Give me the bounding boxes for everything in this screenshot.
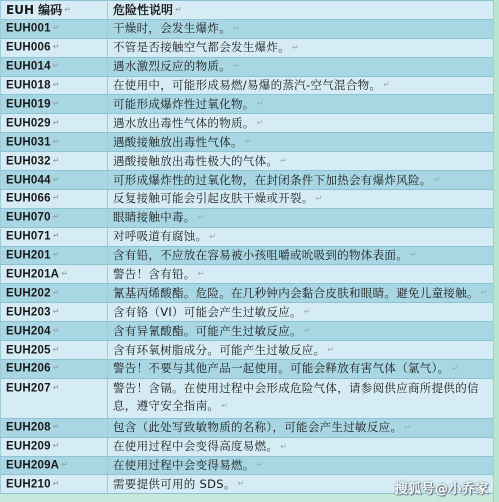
paragraph-mark-icon: ↵ xyxy=(53,441,60,450)
page-margin-strip xyxy=(493,0,499,502)
paragraph-mark-icon: ↵ xyxy=(53,250,60,259)
paragraph-mark-icon: ↵ xyxy=(304,326,311,335)
table-row: EUH006↵ 不管是否接触空气都会发生爆炸。↵ xyxy=(1,38,495,57)
paragraph-mark-icon: ↵ xyxy=(209,232,216,241)
cell-code: EUH210↵ xyxy=(1,475,108,494)
header-description: 危险性说明↵ xyxy=(108,1,495,20)
paragraph-mark-icon: ↵ xyxy=(53,137,60,146)
table-row: EUH209A↵ 在使用过程中会变得易燃。↵ xyxy=(1,456,495,475)
table-row: EUH044↵ 可形成爆炸性的过氧化物，在封闭条件下加热会有爆炸风险。↵ xyxy=(1,171,495,190)
paragraph-mark-icon: ↵ xyxy=(53,231,60,240)
paragraph-mark-icon: ↵ xyxy=(53,99,60,108)
euh-hazard-table: EUH 编码↵ 危险性说明↵ EUH001↵ 干燥时，会发生爆炸。↵ EUH00… xyxy=(0,0,495,494)
table-row: EUH201↵ 含有铅，不应放在容易被小孩咀嚼或吮吸到的物体表面。↵ xyxy=(1,246,495,265)
paragraph-mark-icon: ↵ xyxy=(53,175,60,184)
cell-code: EUH207↵ xyxy=(1,378,108,418)
table-row: EUH208↵ 包含（此处写致敏物质的名称），可能会产生过敏反应。↵ xyxy=(1,418,495,437)
cell-code: EUH206↵ xyxy=(1,359,108,378)
paragraph-mark-icon: ↵ xyxy=(175,5,182,14)
cell-code: EUH202↵ xyxy=(1,284,108,303)
cell-code: EUH071↵ xyxy=(1,227,108,246)
paragraph-mark-icon: ↵ xyxy=(383,80,390,89)
paragraph-mark-icon: ↵ xyxy=(53,80,60,89)
cell-code: EUH006↵ xyxy=(1,38,108,57)
paragraph-mark-icon: ↵ xyxy=(53,23,60,32)
paragraph-mark-icon: ↵ xyxy=(53,156,60,165)
table-row: EUH001↵ 干燥时，会发生爆炸。↵ xyxy=(1,19,495,38)
table-row: EUH203↵ 含有铬（VI）可能会产生过敏反应。↵ xyxy=(1,303,495,322)
paragraph-mark-icon: ↵ xyxy=(221,401,228,410)
cell-description: 氰基丙烯酸酯。危险。在几秒钟内会黏合皮肤和眼睛。避免儿童接触。↵ xyxy=(108,284,495,303)
paragraph-mark-icon: ↵ xyxy=(233,61,240,70)
paragraph-mark-icon: ↵ xyxy=(233,24,240,33)
cell-description: 包含（此处写致敏物质的名称），可能会产生过敏反应。↵ xyxy=(108,418,495,437)
paragraph-mark-icon: ↵ xyxy=(53,363,60,372)
cell-description: 含有铬（VI）可能会产生过敏反应。↵ xyxy=(108,303,495,322)
cell-description: 眼睛接触中毒。↵ xyxy=(108,208,495,227)
table-row: EUH205↵ 含有环氧树脂成分。可能产生过敏反应。↵ xyxy=(1,341,495,360)
cell-description: 遇水放出毒性气体的物质。↵ xyxy=(108,114,495,133)
paragraph-mark-icon: ↵ xyxy=(61,460,68,469)
cell-description: 可形成爆炸性的过氧化物，在封闭条件下加热会有爆炸风险。↵ xyxy=(108,171,495,190)
cell-code: EUH044↵ xyxy=(1,171,108,190)
cell-code: EUH205↵ xyxy=(1,341,108,360)
table-row: EUH209↵ 在使用过程中会变得高度易燃。↵ xyxy=(1,437,495,456)
table-row: EUH031↵ 遇酸接触放出毒性气体。↵ xyxy=(1,133,495,152)
paragraph-mark-icon: ↵ xyxy=(327,345,334,354)
paragraph-mark-icon: ↵ xyxy=(280,156,287,165)
paragraph-mark-icon: ↵ xyxy=(53,345,60,354)
table-row: EUH018↵ 在使用中，可能形成易燃/易爆的蒸汽-空气混合物。↵ xyxy=(1,76,495,95)
paragraph-mark-icon: ↵ xyxy=(292,43,299,52)
paragraph-mark-icon: ↵ xyxy=(451,364,458,373)
table-row: EUH202↵ 氰基丙烯酸酯。危险。在几秒钟内会黏合皮肤和眼睛。避免儿童接触。↵ xyxy=(1,284,495,303)
paragraph-mark-icon: ↵ xyxy=(198,213,205,222)
cell-code: EUH032↵ xyxy=(1,152,108,171)
cell-code: EUH001↵ xyxy=(1,19,108,38)
cell-description: 含有铅，不应放在容易被小孩咀嚼或吮吸到的物体表面。↵ xyxy=(108,246,495,265)
cell-description: 不管是否接触空气都会发生爆炸。↵ xyxy=(108,38,495,57)
paragraph-mark-icon: ↵ xyxy=(53,288,60,297)
watermark: 搜狐号@小乔家 xyxy=(394,478,489,497)
paragraph-mark-icon: ↵ xyxy=(257,99,264,108)
cell-description: 含有环氧树脂成分。可能产生过敏反应。↵ xyxy=(108,341,495,360)
table-row: EUH204↵ 含有异氰酸酯。可能产生过敏反应。↵ xyxy=(1,322,495,341)
paragraph-mark-icon: ↵ xyxy=(53,42,60,51)
header-code: EUH 编码↵ xyxy=(1,1,108,20)
cell-code: EUH208↵ xyxy=(1,418,108,437)
cell-description: 警告！含有铅。↵ xyxy=(108,265,495,284)
table-row: EUH206↵ 警告！不要与其他产品一起使用。可能会释放有害气体（氯气）。↵ xyxy=(1,359,495,378)
cell-code: EUH201↵ xyxy=(1,246,108,265)
paragraph-mark-icon: ↵ xyxy=(238,479,245,488)
cell-code: EUH014↵ xyxy=(1,57,108,76)
cell-description: 可能形成爆炸性过氧化物。↵ xyxy=(108,95,495,114)
table-row: EUH207↵ 警告！含镉。在使用过程中会形成危险气体，请参阅供应商所提供的信息… xyxy=(1,378,495,418)
cell-description: 遇酸接触放出毒性极大的气体。↵ xyxy=(108,152,495,171)
paragraph-mark-icon: ↵ xyxy=(53,118,60,127)
cell-code: EUH031↵ xyxy=(1,133,108,152)
table-row: EUH014↵ 遇水激烈反应的物质。↵ xyxy=(1,57,495,76)
paragraph-mark-icon: ↵ xyxy=(53,479,60,488)
cell-description: 含有异氰酸酯。可能产生过敏反应。↵ xyxy=(108,322,495,341)
cell-code: EUH204↵ xyxy=(1,322,108,341)
paragraph-mark-icon: ↵ xyxy=(410,250,417,259)
paragraph-mark-icon: ↵ xyxy=(481,288,488,297)
cell-description: 干燥时，会发生爆炸。↵ xyxy=(108,19,495,38)
table-row: EUH032↵ 遇酸接触放出毒性极大的气体。↵ xyxy=(1,152,495,171)
paragraph-mark-icon: ↵ xyxy=(64,5,71,14)
cell-description: 在使用中，可能形成易燃/易爆的蒸汽-空气混合物。↵ xyxy=(108,76,495,95)
cell-code: EUH018↵ xyxy=(1,76,108,95)
table-row: EUH019↵ 可能形成爆炸性过氧化物。↵ xyxy=(1,95,495,114)
paragraph-mark-icon: ↵ xyxy=(316,194,323,203)
paragraph-mark-icon: ↵ xyxy=(61,269,68,278)
cell-description: 反复接触可能会引起皮肤干燥或开裂。↵ xyxy=(108,189,495,208)
cell-description: 遇水激烈反应的物质。↵ xyxy=(108,57,495,76)
cell-code: EUH209A↵ xyxy=(1,456,108,475)
cell-code: EUH070↵ xyxy=(1,208,108,227)
cell-code: EUH019↵ xyxy=(1,95,108,114)
cell-description: 对呼吸道有腐蚀。↵ xyxy=(108,227,495,246)
paragraph-mark-icon: ↵ xyxy=(53,307,60,316)
table-row: EUH201A↵ 警告！含有铅。↵ xyxy=(1,265,495,284)
cell-description: 在使用过程中会变得易燃。↵ xyxy=(108,456,495,475)
cell-code: EUH029↵ xyxy=(1,114,108,133)
cell-description: 警告！含镉。在使用过程中会形成危险气体，请参阅供应商所提供的信息，遵守安全指南。… xyxy=(108,378,495,418)
cell-code: EUH201A↵ xyxy=(1,265,108,284)
paragraph-mark-icon: ↵ xyxy=(280,442,287,451)
paragraph-mark-icon: ↵ xyxy=(257,460,264,469)
paragraph-mark-icon: ↵ xyxy=(53,422,60,431)
document-page: EUH 编码↵ 危险性说明↵ EUH001↵ 干燥时，会发生爆炸。↵ EUH00… xyxy=(0,0,499,502)
cell-code: EUH209↵ xyxy=(1,437,108,456)
paragraph-mark-icon: ↵ xyxy=(304,307,311,316)
paragraph-mark-icon: ↵ xyxy=(53,193,60,202)
cell-code: EUH066↵ xyxy=(1,189,108,208)
table-row: EUH070↵ 眼睛接触中毒。↵ xyxy=(1,208,495,227)
table-row: EUH066↵ 反复接触可能会引起皮肤干燥或开裂。↵ xyxy=(1,189,495,208)
paragraph-mark-icon: ↵ xyxy=(245,137,252,146)
table-row: EUH029↵ 遇水放出毒性气体的物质。↵ xyxy=(1,114,495,133)
cell-description: 警告！不要与其他产品一起使用。可能会释放有害气体（氯气）。↵ xyxy=(108,359,495,378)
paragraph-mark-icon: ↵ xyxy=(257,118,264,127)
paragraph-mark-icon: ↵ xyxy=(434,175,441,184)
paragraph-mark-icon: ↵ xyxy=(198,269,205,278)
cell-code: EUH203↵ xyxy=(1,303,108,322)
table-header-row: EUH 编码↵ 危险性说明↵ xyxy=(1,1,495,20)
table-row: EUH071↵ 对呼吸道有腐蚀。↵ xyxy=(1,227,495,246)
paragraph-mark-icon: ↵ xyxy=(53,383,60,392)
paragraph-mark-icon: ↵ xyxy=(53,61,60,70)
cell-description: 在使用过程中会变得高度易燃。↵ xyxy=(108,437,495,456)
paragraph-mark-icon: ↵ xyxy=(53,326,60,335)
paragraph-mark-icon: ↵ xyxy=(53,212,60,221)
paragraph-mark-icon: ↵ xyxy=(404,423,411,432)
cell-description: 遇酸接触放出毒性气体。↵ xyxy=(108,133,495,152)
